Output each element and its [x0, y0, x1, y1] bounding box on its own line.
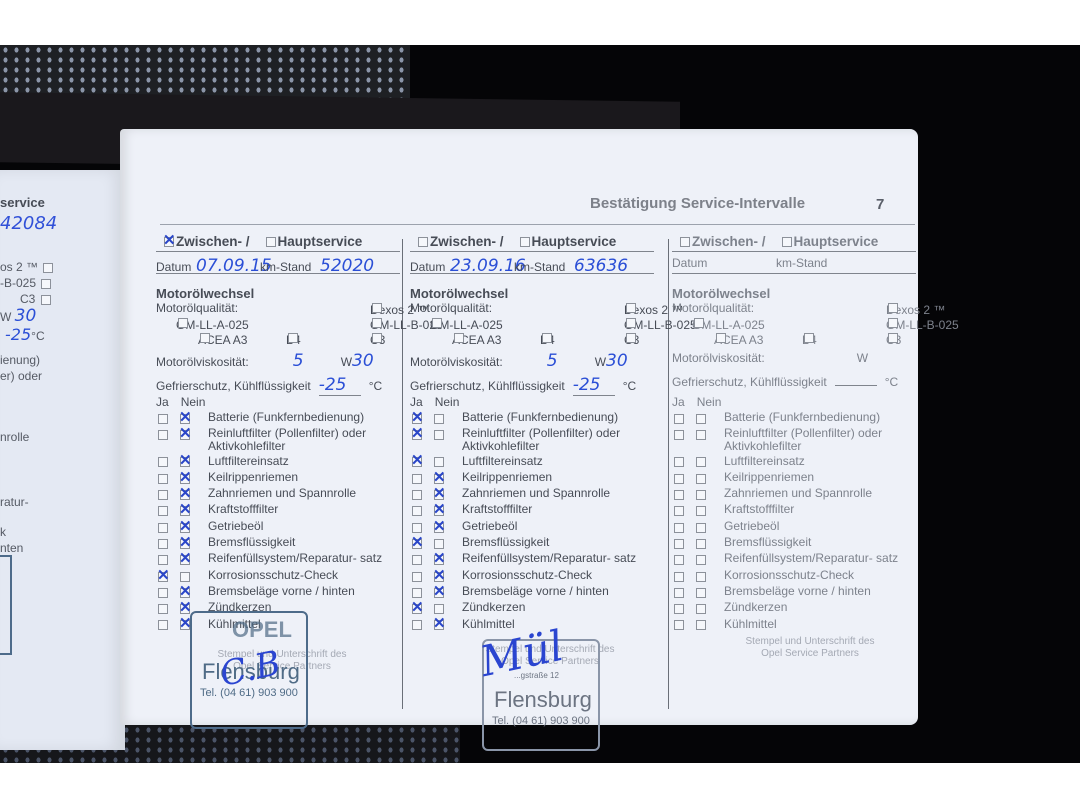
ja-checkbox[interactable] [674, 572, 684, 582]
stamp-city: Flensburg [494, 687, 592, 713]
nein-checkbox[interactable] [180, 457, 190, 467]
ja-checkbox[interactable] [412, 555, 422, 565]
checklist-label: Bremsflüssigkeit [208, 536, 295, 549]
checkbox[interactable] [626, 318, 636, 328]
checklist-item: Reifenfüllsystem/Reparatur- satz [672, 552, 916, 567]
checklist-item: Korrosionsschutz-Check [410, 569, 654, 584]
oil-quality-label: Motorölqualität: [672, 301, 916, 315]
stamp-caption-3: Stempel und Unterschrift desOpel Service… [700, 636, 920, 660]
ja-checkbox[interactable] [412, 539, 422, 549]
checklist-label: Bremsflüssigkeit [724, 536, 811, 549]
checklist-label: Kühlmittel [462, 618, 515, 631]
checkbox[interactable] [164, 237, 174, 247]
nein-checkbox[interactable] [696, 414, 706, 424]
ja-checkbox[interactable] [158, 620, 168, 630]
ja-checkbox[interactable] [412, 620, 422, 630]
date-value[interactable]: 07.09.15 [196, 256, 258, 276]
nein-checkbox[interactable] [180, 506, 190, 516]
checkbox [41, 295, 51, 305]
km-value[interactable]: 63636 [574, 256, 628, 276]
nein-checkbox[interactable] [180, 604, 190, 614]
left-line-4: ratur- [0, 495, 29, 509]
checklist-item: Kraftstofffilter [410, 503, 654, 518]
nein-checkbox[interactable] [696, 555, 706, 565]
checkbox[interactable] [888, 303, 898, 313]
nein-checkbox[interactable] [180, 539, 190, 549]
checklist-item: Bremsflüssigkeit [672, 536, 916, 551]
ja-nein-header: JaNein [410, 395, 654, 409]
nein-checkbox[interactable] [434, 490, 444, 500]
checkbox[interactable] [432, 318, 442, 328]
checklist-item: Keilrippenriemen [672, 471, 916, 486]
checkbox [41, 279, 51, 289]
nein-checkbox[interactable] [434, 506, 444, 516]
ja-checkbox[interactable] [412, 414, 422, 424]
section-title: Motorölwechsel [672, 286, 916, 301]
checkbox[interactable] [372, 318, 382, 328]
ja-checkbox[interactable] [674, 588, 684, 598]
ja-checkbox[interactable] [158, 555, 168, 565]
checklist-item: Reinluftfilter (Pollenfilter) oder Aktiv… [410, 427, 654, 453]
antifreeze-row: Gefrierschutz, Kühlflüssigkeit °C [672, 375, 916, 395]
checklist-label: Keilrippenriemen [724, 471, 814, 484]
ja-checkbox[interactable] [412, 506, 422, 516]
km-value[interactable]: 52020 [320, 256, 374, 276]
checklist-label: Keilrippenriemen [208, 471, 298, 484]
left-stamp-fragment [0, 555, 12, 655]
ja-checkbox[interactable] [674, 457, 684, 467]
service-type: Zwischen- / Hauptservice [678, 234, 916, 249]
page-title: Bestätigung Service-Intervalle [590, 195, 805, 212]
checklist-label: Zahnriemen und Spannrolle [724, 487, 872, 500]
checklist-item: Kühlmittel [672, 618, 916, 633]
date-km-row: Datum 07.09.15 km-Stand 52020 [156, 251, 400, 274]
ja-checkbox[interactable] [158, 490, 168, 500]
checklist-label: Kühlmittel [724, 618, 777, 631]
checkbox[interactable] [888, 318, 898, 328]
ja-checkbox[interactable] [412, 474, 422, 484]
checklist-item: Batterie (Funkfernbedienung) [410, 411, 654, 426]
checklist-label: Zündkerzen [462, 601, 525, 614]
ja-checkbox[interactable] [412, 430, 422, 440]
nein-checkbox[interactable] [434, 523, 444, 533]
checklist-label: Bremsbeläge vorne / hinten [462, 585, 609, 598]
nein-checkbox[interactable] [434, 474, 444, 484]
oil-quality-grid: Dexos 2 ™ GM-LL-A-025 GM-LL-B-025 ACEA A… [672, 317, 916, 365]
nein-checkbox[interactable] [696, 430, 706, 440]
nein-checkbox[interactable] [434, 604, 444, 614]
ja-checkbox[interactable] [412, 572, 422, 582]
hauptservice-option[interactable]: Hauptservice [518, 234, 617, 249]
hauptservice-option[interactable]: Hauptservice [264, 234, 363, 249]
checklist-label: Keilrippenriemen [462, 471, 552, 484]
hauptservice-option[interactable]: Hauptservice [780, 234, 879, 249]
checklist-label: Getriebeöl [724, 520, 779, 533]
checklist-item: Bremsflüssigkeit [156, 536, 400, 551]
ja-checkbox[interactable] [158, 506, 168, 516]
zwischen-option[interactable]: Zwischen- / [162, 234, 250, 249]
checklist-item: Keilrippenriemen [156, 471, 400, 486]
checklist-label: Bremsflüssigkeit [462, 536, 549, 549]
stamp-brand: OPEL [232, 617, 292, 643]
checkbox[interactable] [200, 333, 210, 343]
left-service-label: service [0, 195, 45, 210]
service-type: Zwischen- / Hauptservice [162, 234, 400, 249]
antifreeze-row: Gefrierschutz, Kühlflüssigkeit -25 °C [156, 375, 400, 395]
checklist-item: Zündkerzen [410, 601, 654, 616]
ja-checkbox[interactable] [674, 506, 684, 516]
ja-checkbox[interactable] [674, 555, 684, 565]
checklist-item: Keilrippenriemen [410, 471, 654, 486]
checklist: Batterie (Funkfernbedienung)Reinluftfilt… [156, 411, 400, 633]
checklist-label: Kraftstofffilter [462, 503, 532, 516]
checkbox[interactable] [680, 237, 690, 247]
ja-checkbox[interactable] [674, 414, 684, 424]
ja-checkbox[interactable] [158, 539, 168, 549]
nein-checkbox[interactable] [180, 572, 190, 582]
left-line-6: nten [0, 541, 23, 555]
checklist-label: Reifenfüllsystem/Reparatur- satz [462, 552, 636, 565]
nein-checkbox[interactable] [180, 414, 190, 424]
zwischen-option[interactable]: Zwischen- / [416, 234, 504, 249]
ja-checkbox[interactable] [674, 523, 684, 533]
ja-checkbox[interactable] [412, 604, 422, 614]
left-w: W 30 [0, 306, 36, 326]
nein-checkbox[interactable] [696, 474, 706, 484]
nein-checkbox[interactable] [434, 572, 444, 582]
checklist-label: Bremsbeläge vorne / hinten [208, 585, 355, 598]
checklist-label: Zahnriemen und Spannrolle [208, 487, 356, 500]
date-km-row: Datum 23.09.16 km-Stand 63636 [410, 251, 654, 274]
left-frost: -25°C [5, 325, 45, 344]
checklist-item: Luftfiltereinsatz [410, 455, 654, 470]
checkbox[interactable] [694, 318, 704, 328]
nein-checkbox[interactable] [696, 539, 706, 549]
zwischen-option[interactable]: Zwischen- / [678, 234, 766, 249]
checklist-item: Batterie (Funkfernbedienung) [156, 411, 400, 426]
checkbox[interactable] [288, 333, 298, 343]
checklist-item: Kraftstofffilter [156, 503, 400, 518]
checklist-item: Reinluftfilter (Pollenfilter) oder Aktiv… [156, 427, 400, 453]
ja-checkbox[interactable] [412, 490, 422, 500]
checkbox[interactable] [372, 333, 382, 343]
nein-checkbox[interactable] [180, 430, 190, 440]
right-page: Bestätigung Service-Intervalle 7 Zwische… [120, 129, 918, 725]
ja-checkbox[interactable] [412, 523, 422, 533]
checklist-label: Kraftstofffilter [724, 503, 794, 516]
ja-checkbox[interactable] [158, 572, 168, 582]
ja-checkbox[interactable] [674, 539, 684, 549]
checklist-label: Zündkerzen [724, 601, 787, 614]
checklist-label: Batterie (Funkfernbedienung) [724, 411, 880, 424]
ja-checkbox[interactable] [674, 604, 684, 614]
date-km-row: Datum km-Stand [672, 251, 916, 274]
date-label: Datum [410, 260, 450, 274]
antifreeze-value[interactable] [835, 385, 877, 386]
checkbox[interactable] [372, 303, 382, 313]
nein-checkbox[interactable] [434, 414, 444, 424]
checkbox[interactable] [716, 333, 726, 343]
checklist-label: Getriebeöl [208, 520, 263, 533]
oil-quality-label: Motorölqualität: [410, 301, 654, 315]
checklist-label: Luftfiltereinsatz [462, 455, 543, 468]
ja-checkbox[interactable] [158, 457, 168, 467]
nein-checkbox[interactable] [434, 430, 444, 440]
page-number: 7 [876, 196, 884, 213]
ja-checkbox[interactable] [158, 588, 168, 598]
checklist-label: Reinluftfilter (Pollenfilter) oder Aktiv… [724, 427, 916, 453]
oil-quality-grid: Dexos 2 ™ GM-LL-A-025 GM-LL-B-025 ACEA A… [156, 317, 400, 365]
checklist-label: Reinluftfilter (Pollenfilter) oder Aktiv… [208, 427, 400, 453]
checklist-item: Bremsbeläge vorne / hinten [410, 585, 654, 600]
nein-checkbox[interactable] [696, 572, 706, 582]
header-divider [160, 224, 915, 225]
checklist-item: Bremsbeläge vorne / hinten [672, 585, 916, 600]
checklist-item: Luftfiltereinsatz [672, 455, 916, 470]
ja-checkbox[interactable] [674, 620, 684, 630]
checklist-item: Kraftstofffilter [672, 503, 916, 518]
checklist-item: Reifenfüllsystem/Reparatur- satz [156, 552, 400, 567]
km-label: km-Stand [260, 260, 320, 274]
ja-checkbox[interactable] [674, 490, 684, 500]
date-label: Datum [672, 256, 712, 270]
ja-checkbox[interactable] [158, 414, 168, 424]
photo-background: service 42084 os 2 ™ -B-025 C3 W 30 -25°… [0, 45, 1080, 763]
checklist-label: Zahnriemen und Spannrolle [462, 487, 610, 500]
checklist-item: Reifenfüllsystem/Reparatur- satz [410, 552, 654, 567]
nein-checkbox[interactable] [180, 523, 190, 533]
checklist-item: Batterie (Funkfernbedienung) [672, 411, 916, 426]
nein-checkbox[interactable] [180, 620, 190, 630]
ja-nein-header: JaNein [672, 395, 916, 409]
checklist-item: Reinluftfilter (Pollenfilter) oder Aktiv… [672, 427, 916, 453]
left-line-2: er) oder [0, 369, 42, 383]
nein-checkbox[interactable] [180, 588, 190, 598]
date-value[interactable]: 23.09.16 [450, 256, 512, 276]
left-line-5: k [0, 525, 6, 539]
checklist-item: Korrosionsschutz-Check [156, 569, 400, 584]
checklist-label: Batterie (Funkfernbedienung) [208, 411, 364, 424]
ja-checkbox[interactable] [158, 604, 168, 614]
left-c3: C3 [20, 292, 53, 306]
checklist-label: Reifenfüllsystem/Reparatur- satz [208, 552, 382, 565]
nein-checkbox[interactable] [180, 474, 190, 484]
checklist-label: Reifenfüllsystem/Reparatur- satz [724, 552, 898, 565]
checklist-item: Bremsflüssigkeit [410, 536, 654, 551]
antifreeze-value[interactable]: -25 [319, 375, 361, 396]
checklist-item: Korrosionsschutz-Check [672, 569, 916, 584]
left-line-3: nrolle [0, 430, 29, 444]
nein-checkbox[interactable] [696, 506, 706, 516]
checklist-label: Bremsbeläge vorne / hinten [724, 585, 871, 598]
left-dexos: os 2 ™ [0, 260, 55, 274]
checklist-label: Korrosionsschutz-Check [208, 569, 338, 582]
checklist-label: Luftfiltereinsatz [724, 455, 805, 468]
checklist-item: Getriebeöl [410, 520, 654, 535]
nein-checkbox[interactable] [434, 555, 444, 565]
nein-checkbox[interactable] [696, 588, 706, 598]
nein-checkbox[interactable] [696, 620, 706, 630]
oil-quality-label: Motorölqualität: [156, 301, 400, 315]
ja-checkbox[interactable] [412, 457, 422, 467]
checklist-label: Luftfiltereinsatz [208, 455, 289, 468]
nein-checkbox[interactable] [434, 620, 444, 630]
stamp-tel: Tel. (04 61) 903 900 [492, 715, 590, 727]
checkbox[interactable] [804, 333, 814, 343]
left-gm-b: -B-025 [0, 276, 53, 290]
checklist: Batterie (Funkfernbedienung)Reinluftfilt… [672, 411, 916, 633]
left-line-1: ienung) [0, 353, 40, 367]
checkbox [43, 263, 53, 273]
ja-checkbox[interactable] [158, 474, 168, 484]
ja-nein-header: JaNein [156, 395, 400, 409]
checklist-item: Getriebeöl [672, 520, 916, 535]
nein-checkbox[interactable] [696, 457, 706, 467]
nein-checkbox[interactable] [180, 555, 190, 565]
checkbox[interactable] [266, 237, 276, 247]
nein-checkbox[interactable] [696, 490, 706, 500]
checklist-label: Reinluftfilter (Pollenfilter) oder Aktiv… [462, 427, 654, 453]
nein-checkbox[interactable] [180, 490, 190, 500]
ja-checkbox[interactable] [674, 474, 684, 484]
date-label: Datum [156, 260, 196, 274]
nein-checkbox[interactable] [696, 604, 706, 614]
nein-checkbox[interactable] [434, 539, 444, 549]
nein-checkbox[interactable] [434, 588, 444, 598]
antifreeze-value[interactable]: -25 [573, 375, 615, 396]
section-title: Motorölwechsel [156, 286, 400, 301]
ja-checkbox[interactable] [412, 588, 422, 598]
left-page: service 42084 os 2 ™ -B-025 C3 W 30 -25°… [0, 170, 125, 750]
ja-checkbox[interactable] [158, 430, 168, 440]
checklist-label: Batterie (Funkfernbedienung) [462, 411, 618, 424]
antifreeze-row: Gefrierschutz, Kühlflüssigkeit -25 °C [410, 375, 654, 395]
checklist-label: Getriebeöl [462, 520, 517, 533]
section-title: Motorölwechsel [410, 286, 654, 301]
left-km-value: 42084 [0, 213, 57, 234]
oil-quality-grid: Dexos 2 ™ GM-LL-A-025 GM-LL-B-025 ACEA A… [410, 317, 654, 365]
checklist-item: Zündkerzen [672, 601, 916, 616]
nein-checkbox[interactable] [434, 457, 444, 467]
checklist-label: Kraftstofffilter [208, 503, 278, 516]
checkbox[interactable] [454, 333, 464, 343]
ja-checkbox[interactable] [674, 430, 684, 440]
checkbox[interactable] [542, 333, 552, 343]
checkbox[interactable] [626, 333, 636, 343]
checkbox[interactable] [626, 303, 636, 313]
checklist: Batterie (Funkfernbedienung)Reinluftfilt… [410, 411, 654, 633]
checkbox[interactable] [888, 333, 898, 343]
checkbox[interactable] [418, 237, 428, 247]
checklist-label: Korrosionsschutz-Check [724, 569, 854, 582]
checkbox[interactable] [178, 318, 188, 328]
service-type: Zwischen- / Hauptservice [416, 234, 654, 249]
checklist-item: Zahnriemen und Spannrolle [410, 487, 654, 502]
checklist-item: Getriebeöl [156, 520, 400, 535]
checklist-item: Zahnriemen und Spannrolle [672, 487, 916, 502]
nein-checkbox[interactable] [696, 523, 706, 533]
checklist-item: Bremsbeläge vorne / hinten [156, 585, 400, 600]
km-label: km-Stand [776, 256, 836, 270]
checkbox[interactable] [782, 237, 792, 247]
checklist-label: Korrosionsschutz-Check [462, 569, 592, 582]
checklist-item: Zahnriemen und Spannrolle [156, 487, 400, 502]
checkbox[interactable] [520, 237, 530, 247]
checklist-item: Luftfiltereinsatz [156, 455, 400, 470]
km-label: km-Stand [514, 260, 574, 274]
ja-checkbox[interactable] [158, 523, 168, 533]
